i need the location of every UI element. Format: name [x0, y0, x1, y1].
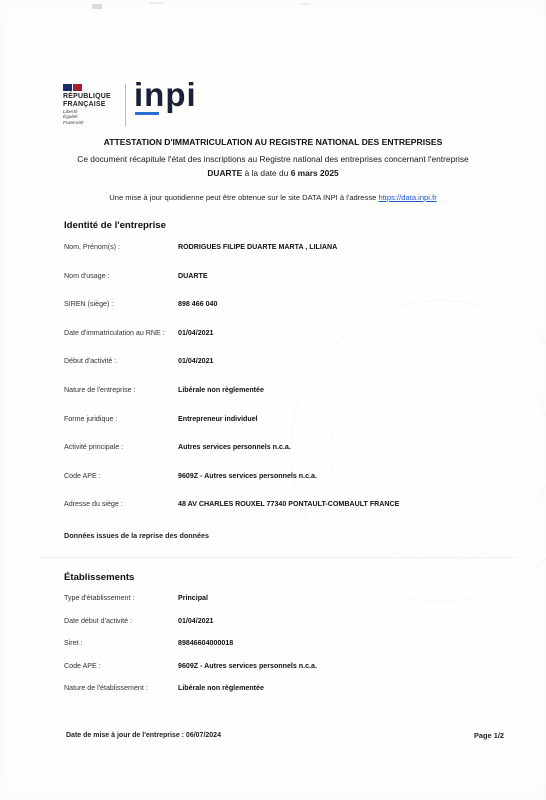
attestation-date: 6 mars 2025: [291, 168, 339, 178]
identity-row: Adresse du siège : 48 AV CHARLES ROUXEL …: [64, 500, 506, 529]
field-label: Forme juridique :: [64, 415, 178, 423]
identity-row: Début d'activité : 01/04/2021: [64, 357, 506, 386]
field-label: Date d'immatriculation au RNE :: [64, 329, 178, 337]
field-label: Siret :: [64, 639, 178, 647]
establishment-row: Type d'établissement : Principal: [64, 594, 506, 617]
field-label: Activité principale :: [64, 443, 178, 451]
identity-row: Activité principale : Autres services pe…: [64, 443, 506, 472]
establishments-rows: Type d'établissement : Principal Date dé…: [64, 594, 506, 707]
inpi-logo: inpi: [134, 80, 197, 110]
data-inpi-link[interactable]: https://data.inpi.fr: [378, 193, 436, 202]
field-value: 9609Z - Autres services personnels n.c.a…: [178, 472, 317, 480]
field-value: 01/04/2021: [178, 617, 214, 625]
field-label: SIREN (siège) :: [64, 300, 178, 308]
section-divider: [40, 557, 516, 558]
establishment-row: Nature de l'établissement : Libérale non…: [64, 684, 506, 707]
field-label: Date début d'activité :: [64, 617, 178, 625]
header: RÉPUBLIQUE FRANÇAISE Liberté Égalité Fra…: [63, 84, 197, 126]
establishment-row: Siret : 89846604000018: [64, 639, 506, 662]
establishments-section-heading: Établissements: [64, 572, 134, 583]
field-label: Adresse du siège :: [64, 500, 178, 508]
establishment-row: Date début d'activité : 01/04/2021: [64, 617, 506, 640]
identity-section-heading: Identité de l'entreprise: [64, 220, 166, 231]
document-subtitle-line2: DUARTE à la date du 6 mars 2025: [0, 168, 546, 178]
field-value: Libérale non règlementée: [178, 684, 264, 692]
field-value: 898 466 040: [178, 300, 217, 308]
devise-label: Liberté Égalité Fraternité: [63, 110, 115, 126]
document-title: ATTESTATION D'IMMATRICULATION AU REGISTR…: [0, 137, 546, 147]
update-note-text: Une mise à jour quotidienne peut être ob…: [109, 193, 378, 202]
field-value: 01/04/2021: [178, 357, 214, 365]
republique-francaise-logo: RÉPUBLIQUE FRANÇAISE Liberté Égalité Fra…: [63, 84, 115, 126]
field-value: DUARTE: [178, 272, 208, 280]
field-value: Autres services personnels n.c.a.: [178, 443, 291, 451]
field-label: Code APE :: [64, 662, 178, 670]
field-label: Nom, Prénom(s) :: [64, 243, 178, 251]
identity-row: Nature de l'entreprise : Libérale non rè…: [64, 386, 506, 415]
date-preposition: à la date du: [242, 168, 290, 178]
company-name: DUARTE: [207, 168, 242, 178]
identity-rows: Nom, Prénom(s) : RODRIGUES FILIPE DUARTE…: [64, 243, 506, 529]
field-label: Nature de l'entreprise :: [64, 386, 178, 394]
footer-update-date: Date de mise à jour de l'entreprise : 06…: [66, 732, 221, 739]
field-value: 9609Z - Autres services personnels n.c.a…: [178, 662, 317, 670]
identity-row: Code APE : 9609Z - Autres services perso…: [64, 472, 506, 501]
document-subtitle: Ce document récapitule l'état des inscri…: [0, 154, 546, 164]
field-label: Type d'établissement :: [64, 594, 178, 602]
identity-row: SIREN (siège) : 898 466 040: [64, 300, 506, 329]
document-page: RÉPUBLIQUE FRANÇAISE Liberté Égalité Fra…: [0, 0, 546, 800]
identity-row: Nom, Prénom(s) : RODRIGUES FILIPE DUARTE…: [64, 243, 506, 272]
scan-artifact: [150, 2, 164, 4]
field-value: 48 AV CHARLES ROUXEL 77340 PONTAULT-COMB…: [178, 500, 399, 508]
identity-row: Date d'immatriculation au RNE : 01/04/20…: [64, 329, 506, 358]
scan-artifact: [300, 3, 310, 5]
update-note: Une mise à jour quotidienne peut être ob…: [0, 193, 546, 202]
field-label: Nature de l'établissement :: [64, 684, 178, 692]
french-flag-icon: [63, 84, 115, 91]
identity-row: Forme juridique : Entrepreneur individue…: [64, 415, 506, 444]
identity-row: Nom d'usage : DUARTE: [64, 272, 506, 301]
title-block: ATTESTATION D'IMMATRICULATION AU REGISTR…: [0, 137, 546, 202]
footer-page-number: Page 1/2: [474, 731, 504, 740]
field-value: Principal: [178, 594, 208, 602]
republique-label: RÉPUBLIQUE FRANÇAISE: [63, 93, 115, 108]
scan-artifact: [92, 4, 102, 9]
field-label: Début d'activité :: [64, 357, 178, 365]
field-value: Libérale non règlementée: [178, 386, 264, 394]
data-recovery-note: Données issues de la reprise des données: [64, 531, 209, 540]
field-value: RODRIGUES FILIPE DUARTE MARTA , LILIANA: [178, 243, 337, 251]
field-label: Code APE :: [64, 472, 178, 480]
field-value: Entrepreneur individuel: [178, 415, 258, 423]
field-value: 01/04/2021: [178, 329, 214, 337]
field-value: 89846604000018: [178, 639, 233, 647]
logo-divider: [125, 84, 126, 126]
inpi-logo-underline: [135, 112, 159, 115]
establishment-row: Code APE : 9609Z - Autres services perso…: [64, 662, 506, 685]
field-label: Nom d'usage :: [64, 272, 178, 280]
